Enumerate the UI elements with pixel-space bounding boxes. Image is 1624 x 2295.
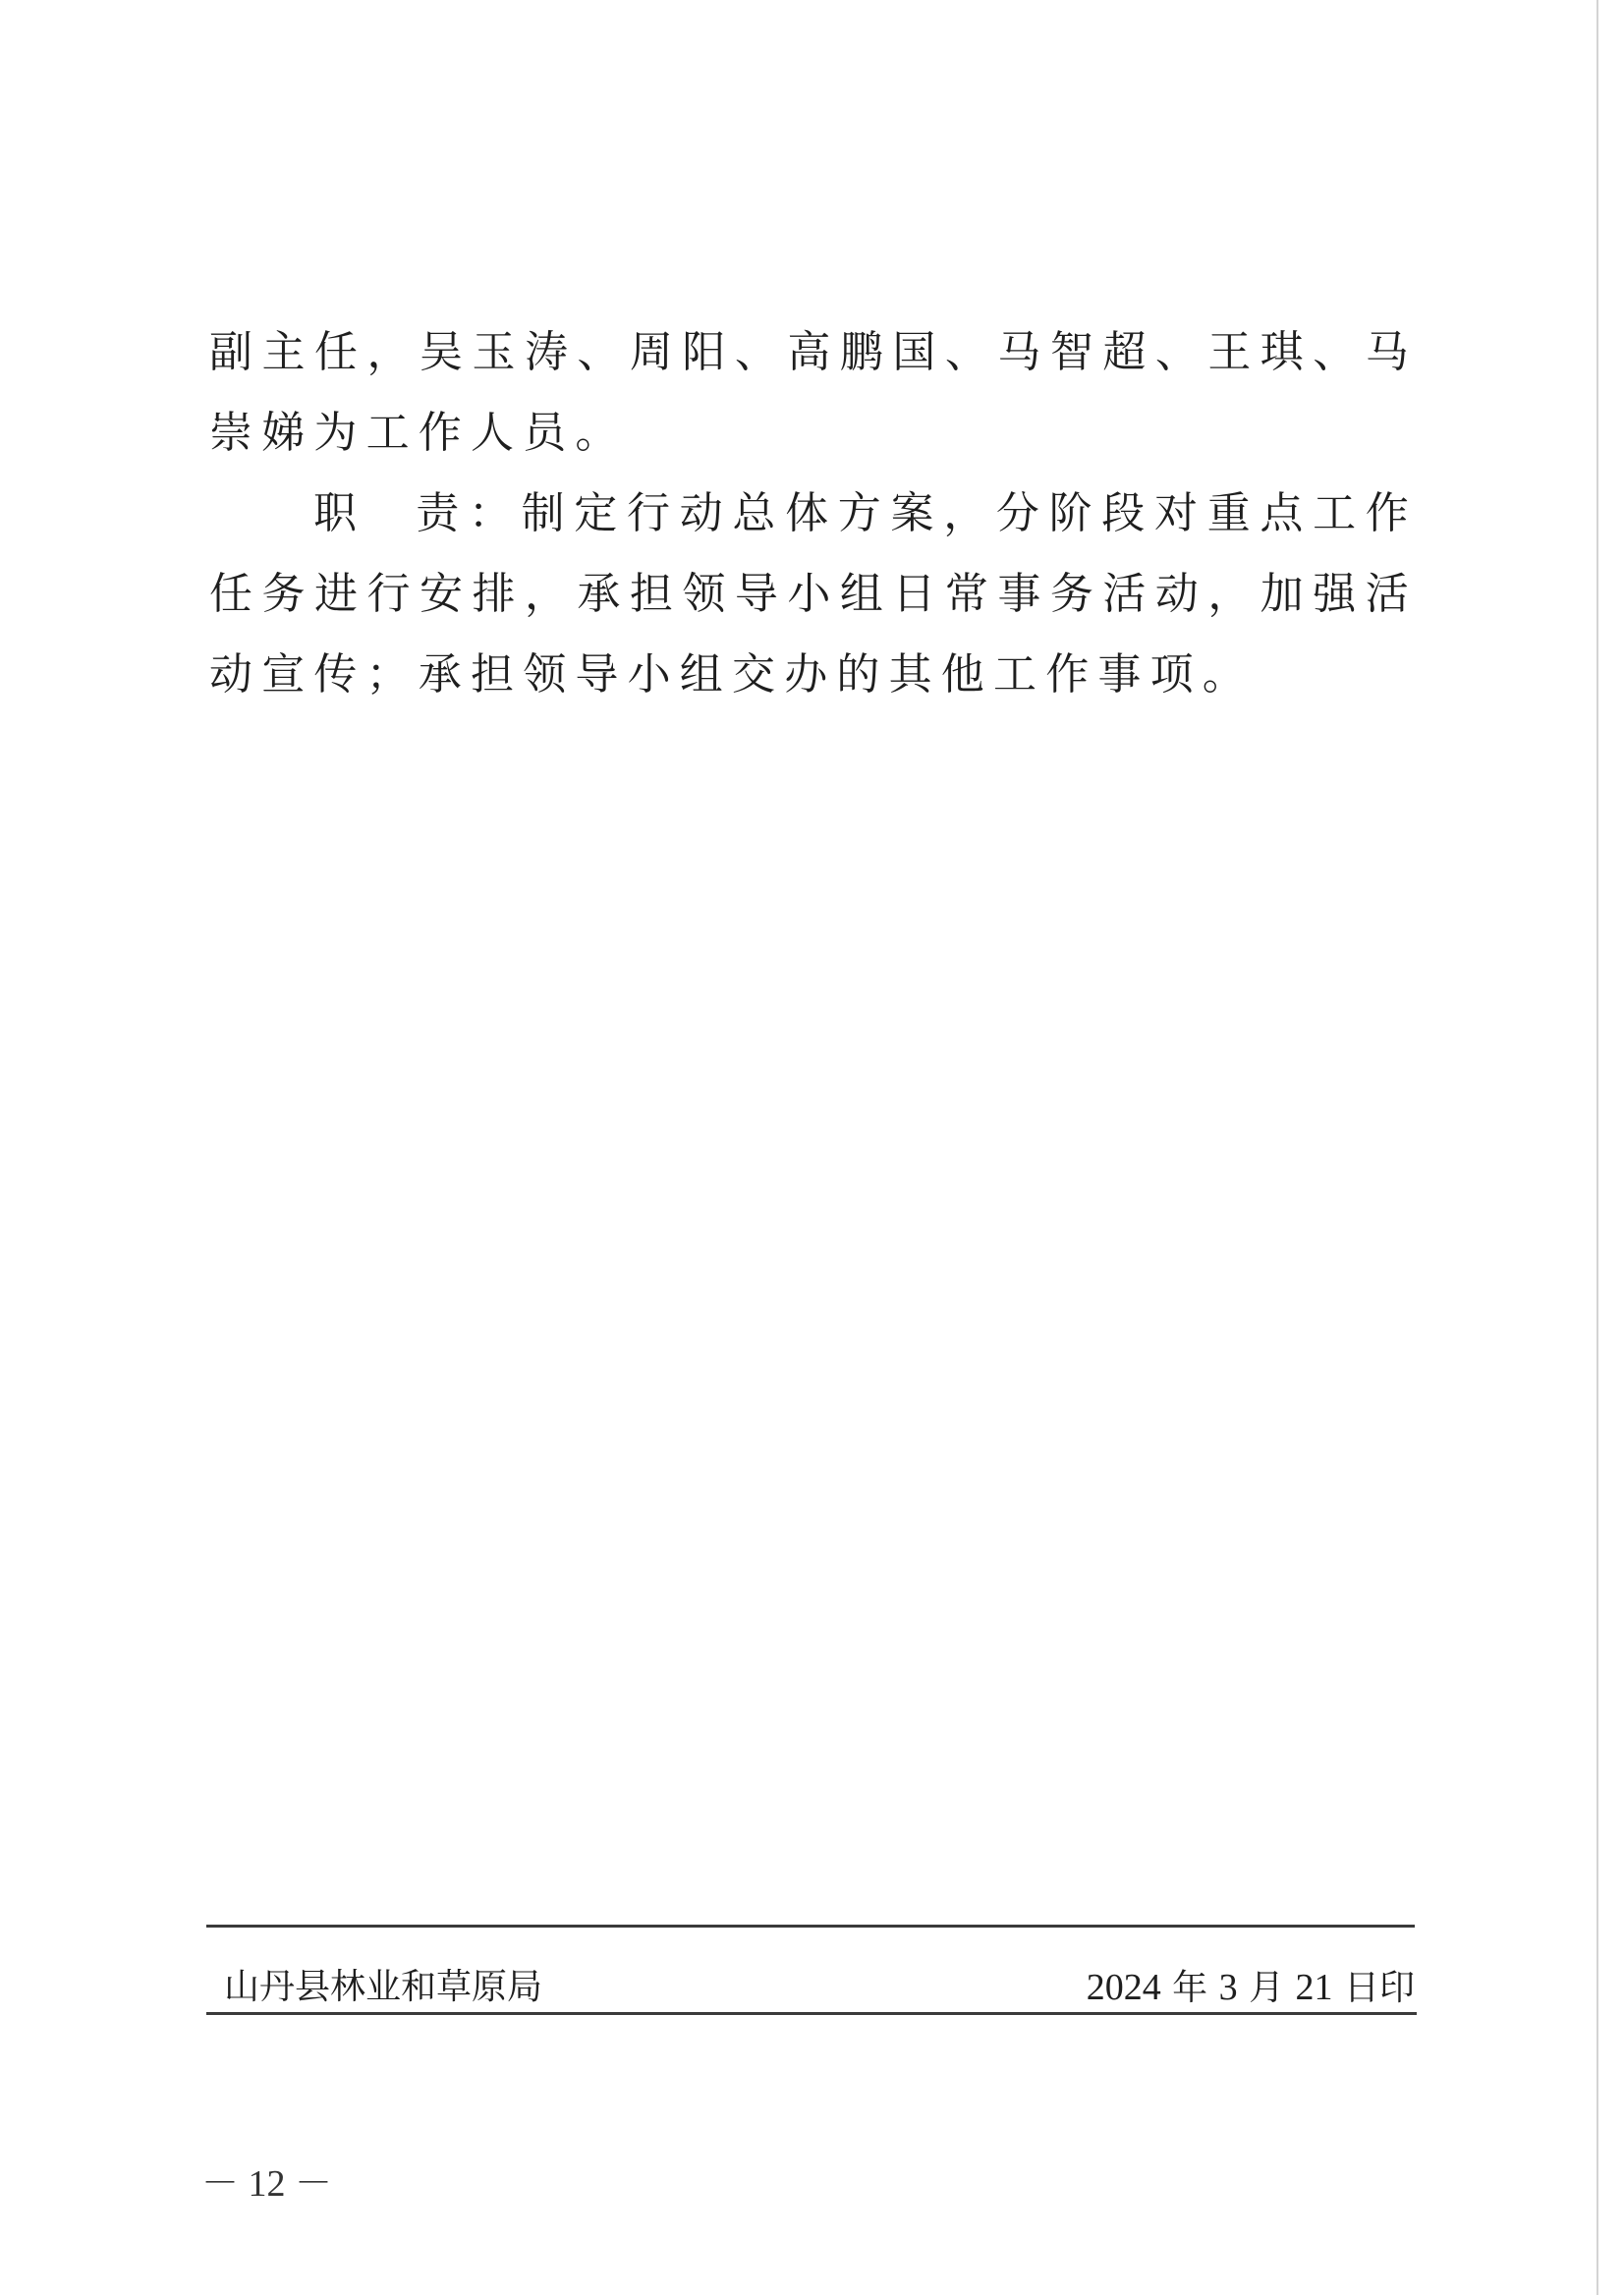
document-body: 副主任，吴玉涛、周阳、高鹏国、马智超、王琪、马崇娣为工作人员。 职责：制定行动总… (209, 312, 1418, 715)
footer-organization: 山丹县林业和草原局 (224, 1965, 542, 2010)
date-day-unit: 日印 (1344, 1968, 1415, 2008)
responsibility-text: 制定行动总体方案，分阶段对重点工作任务进行安排，承担领导小组日常事务活动，加强活… (209, 488, 1418, 700)
paragraph-staff-list: 副主任，吴玉涛、周阳、高鹏国、马智超、王琪、马崇娣为工作人员。 (209, 312, 1418, 474)
footer-print-date: 2024 年 3 月 21 日印 (1087, 1965, 1415, 2011)
scan-edge-line (1596, 0, 1598, 2295)
footer-top-rule (206, 1925, 1415, 1928)
date-month-unit: 月 (1249, 1968, 1284, 2008)
responsibility-label-part2: 责： (416, 488, 522, 538)
date-day: 21 (1296, 1967, 1333, 2008)
paragraph-responsibilities: 职责：制定行动总体方案，分阶段对重点工作任务进行安排，承担领导小组日常事务活动，… (209, 474, 1418, 715)
date-month: 3 (1219, 1967, 1238, 2008)
date-year: 2024 (1087, 1967, 1161, 2008)
date-year-unit: 年 (1172, 1968, 1207, 2008)
page-number: － 12 － (201, 2161, 332, 2207)
responsibility-label-part1: 职 (313, 488, 366, 538)
footer-bottom-rule (206, 2012, 1417, 2015)
document-page: 副主任，吴玉涛、周阳、高鹏国、马智超、王琪、马崇娣为工作人员。 职责：制定行动总… (0, 0, 1624, 2295)
